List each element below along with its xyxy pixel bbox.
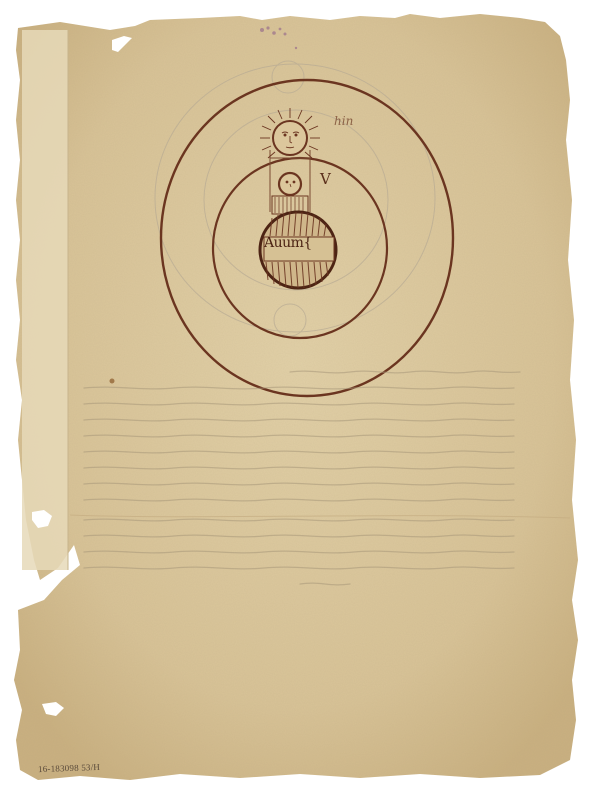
manuscript-page: hin V Auum{ 16-183098 53/H [0, 0, 590, 800]
mounting-strip [22, 30, 68, 570]
manuscript-artwork [0, 0, 590, 800]
sun-label: hin [334, 114, 353, 128]
earth-label: Auum{ [264, 235, 312, 251]
moon-label: V [320, 170, 331, 188]
